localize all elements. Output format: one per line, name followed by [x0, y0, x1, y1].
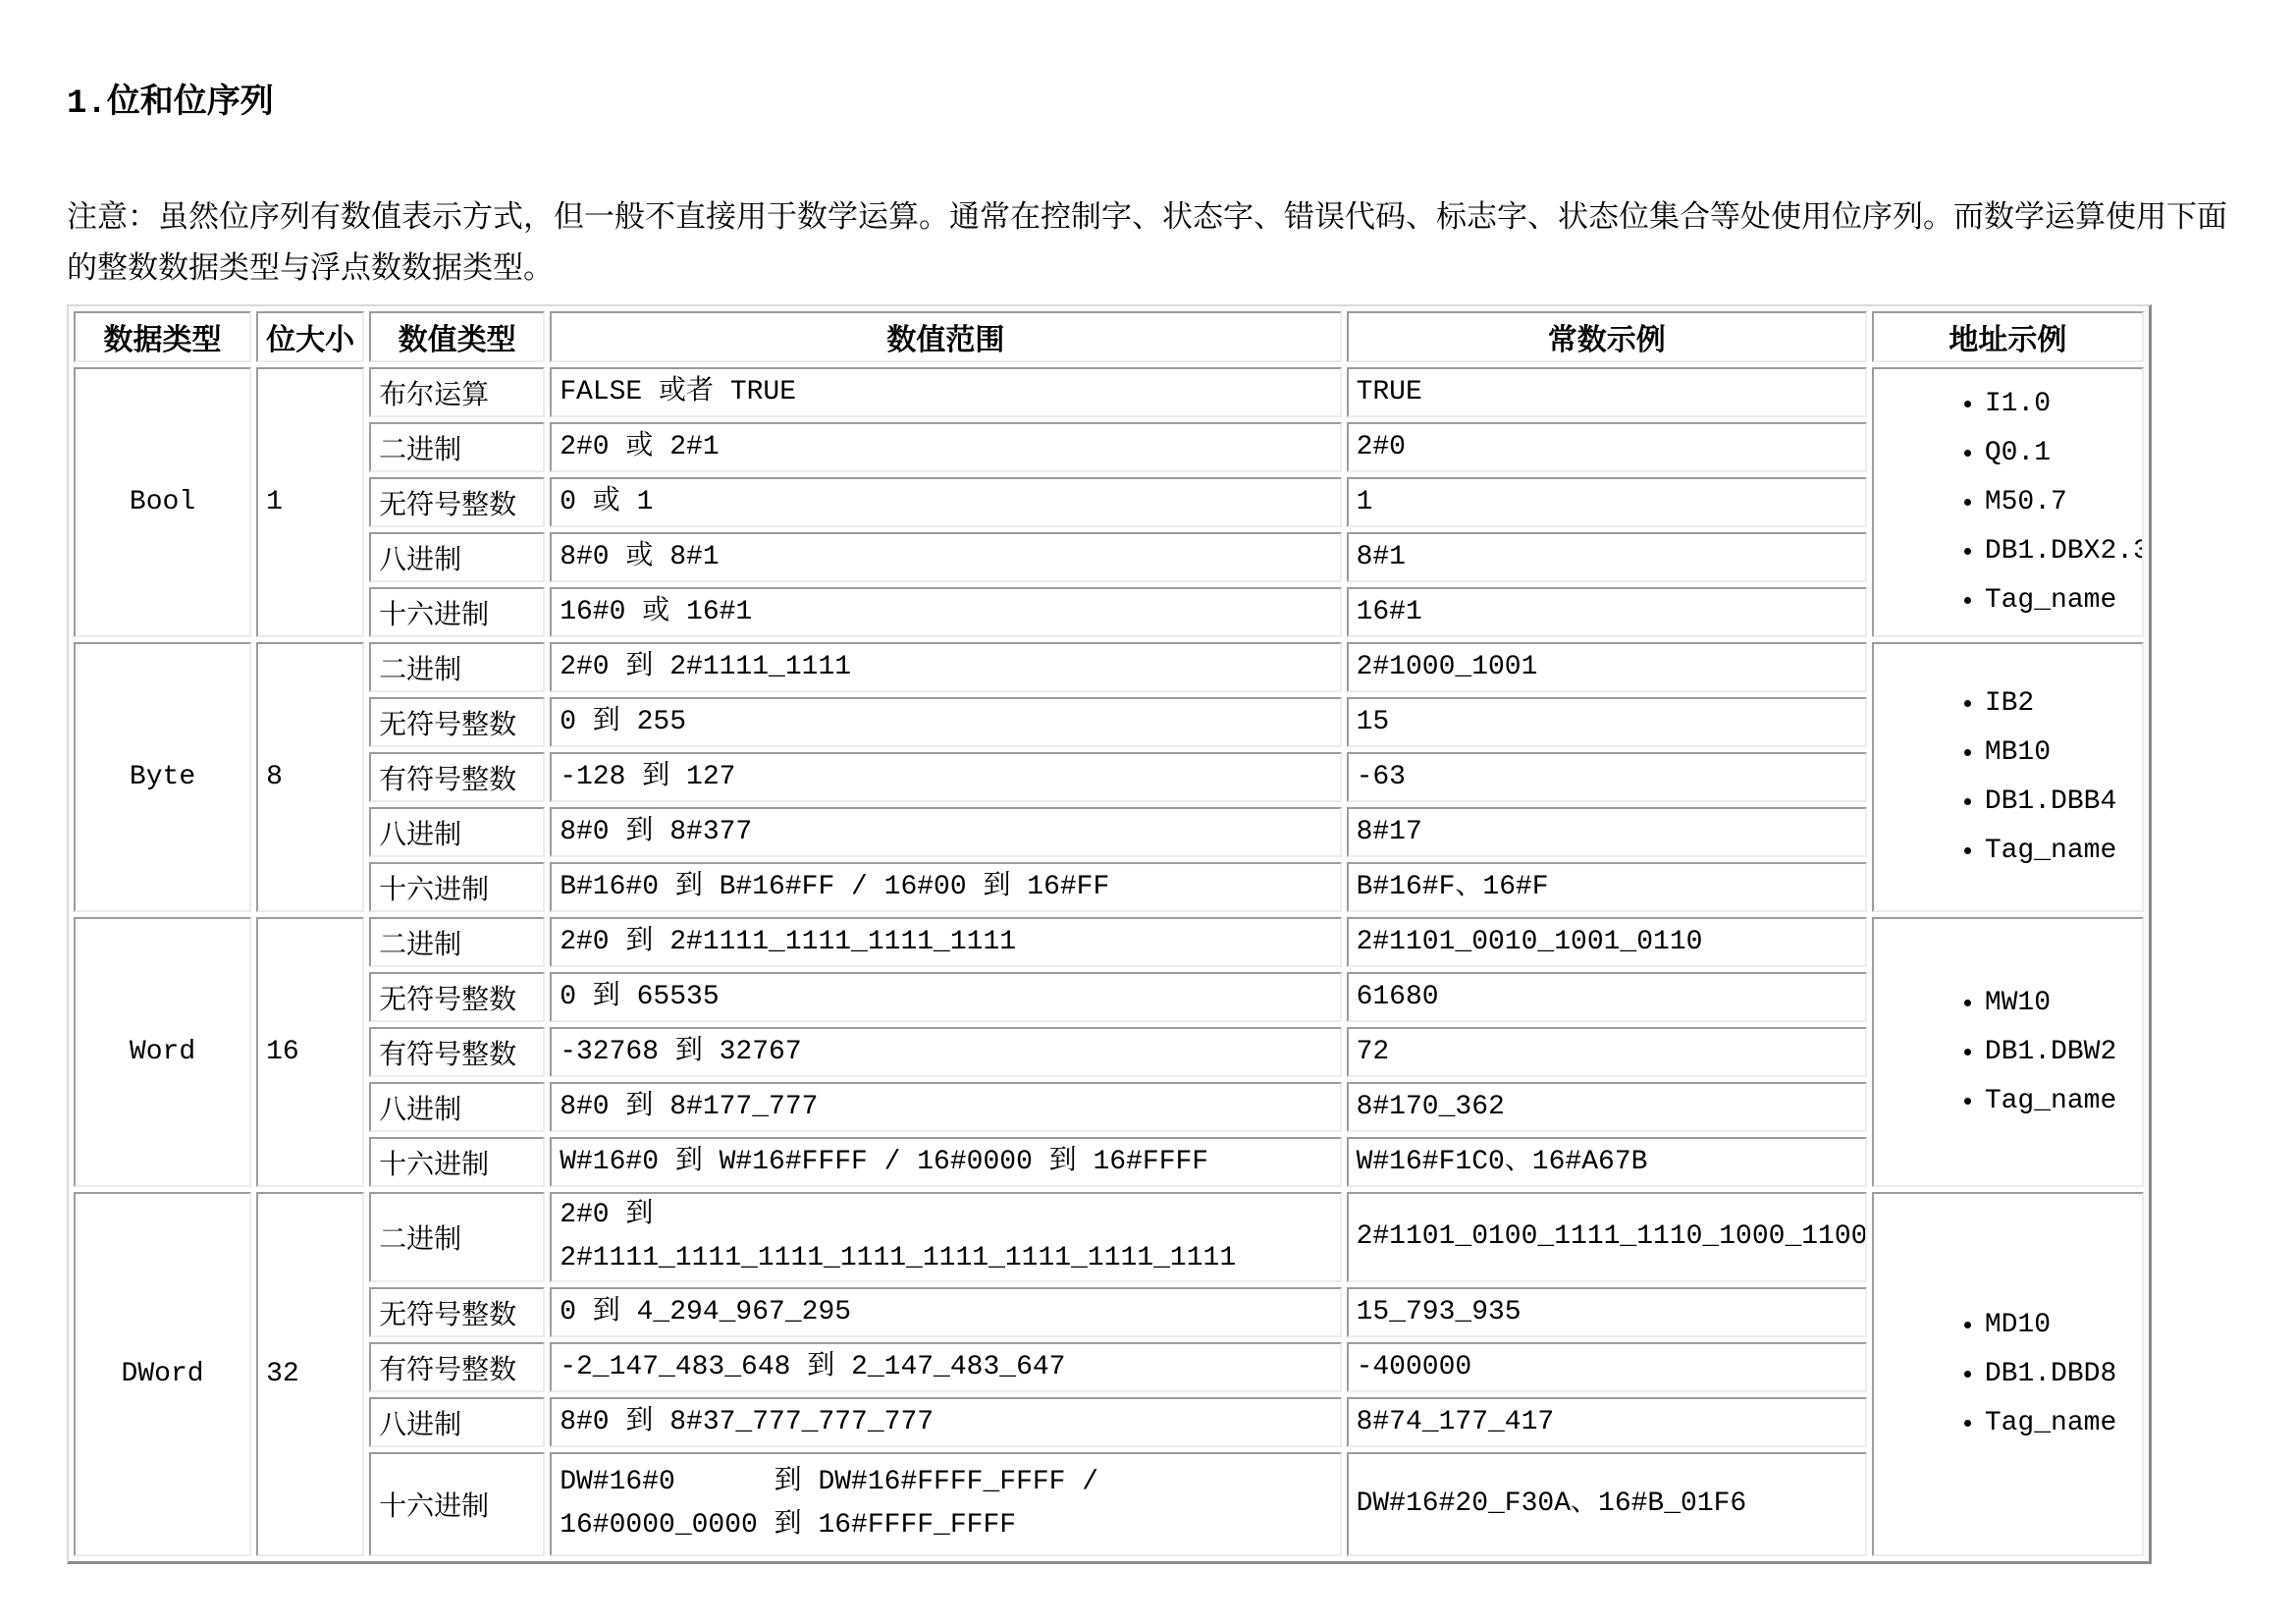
value-range-cell: DW#16#0 到 DW#16#FFFF_FFFF / 16#0000_0000…	[550, 1452, 1341, 1556]
table-row: 十六进制DW#16#0 到 DW#16#FFFF_FFFF / 16#0000_…	[74, 1452, 2144, 1556]
bit-size-cell: 16	[256, 917, 364, 1187]
table-row: 有符号整数-32768 到 3276772	[74, 1027, 2144, 1077]
table-row: 八进制8#0 到 8#37_777_777_7778#74_177_417	[74, 1397, 2144, 1447]
value-type-cell: 十六进制	[369, 1452, 545, 1556]
constant-example-cell: 72	[1347, 1027, 1867, 1077]
value-type-cell: 八进制	[369, 1397, 545, 1447]
table-row: DWord32二进制2#0 到 2#1111_1111_1111_1111_11…	[74, 1192, 2144, 1282]
address-item: Tag_name	[1985, 1077, 2134, 1126]
value-type-cell: 二进制	[369, 422, 545, 472]
constant-example-cell: 2#1101_0010_1001_0110	[1347, 917, 1867, 967]
table-row: Word16二进制2#0 到 2#1111_1111_1111_11112#11…	[74, 917, 2144, 967]
value-range-cell: 2#0 到 2#1111_1111_1111_1111_1111_1111_11…	[550, 1192, 1341, 1282]
address-item: MB10	[1985, 729, 2134, 778]
constant-example-cell: 15_793_935	[1347, 1287, 1867, 1337]
header-row: 数据类型 位大小 数值类型 数值范围 常数示例 地址示例	[74, 311, 2144, 362]
table-row: 有符号整数-128 到 127-63	[74, 752, 2144, 802]
address-list: IB2MB10DB1.DBB4Tag_name	[1882, 679, 2134, 876]
value-type-cell: 八进制	[369, 532, 545, 582]
table-row: Bool1布尔运算FALSE 或者 TRUETRUEI1.0Q0.1M50.7D…	[74, 367, 2144, 417]
value-type-cell: 十六进制	[369, 862, 545, 912]
constant-example-cell: -400000	[1347, 1342, 1867, 1392]
value-type-cell: 八进制	[369, 1082, 545, 1132]
value-range-cell: 16#0 或 16#1	[550, 587, 1341, 637]
section-title: 1.位和位序列	[67, 84, 2247, 124]
value-range-cell: -128 到 127	[550, 752, 1341, 802]
address-list: I1.0Q0.1M50.7DB1.DBX2.3Tag_name	[1882, 380, 2134, 625]
constant-example-cell: -63	[1347, 752, 1867, 802]
value-type-cell: 无符号整数	[369, 697, 545, 747]
table-row: 八进制8#0 到 8#177_7778#170_362	[74, 1082, 2144, 1132]
table-row: 无符号整数0 到 25515	[74, 697, 2144, 747]
value-type-cell: 无符号整数	[369, 1287, 545, 1337]
constant-example-cell: 16#1	[1347, 587, 1867, 637]
address-example-cell: I1.0Q0.1M50.7DB1.DBX2.3Tag_name	[1872, 367, 2144, 637]
table-body: Bool1布尔运算FALSE 或者 TRUETRUEI1.0Q0.1M50.7D…	[74, 367, 2144, 1556]
constant-example-cell: 1	[1347, 477, 1867, 527]
header-value-type: 数值类型	[369, 311, 545, 362]
address-example-cell: MD10DB1.DBD8Tag_name	[1872, 1192, 2144, 1556]
constant-example-cell: 2#1101_0100_1111_1110_1000_1100	[1347, 1192, 1867, 1282]
address-item: M50.7	[1985, 478, 2134, 527]
address-item: MD10	[1985, 1301, 2134, 1350]
table-row: 十六进制W#16#0 到 W#16#FFFF / 16#0000 到 16#FF…	[74, 1137, 2144, 1187]
header-address-example: 地址示例	[1872, 311, 2144, 362]
value-range-cell: 2#0 或 2#1	[550, 422, 1341, 472]
constant-example-cell: 8#17	[1347, 807, 1867, 857]
data-types-table: 数据类型 位大小 数值类型 数值范围 常数示例 地址示例 Bool1布尔运算FA…	[67, 304, 2152, 1564]
value-type-cell: 二进制	[369, 1192, 545, 1282]
constant-example-cell: 2#0	[1347, 422, 1867, 472]
value-range-cell: -32768 到 32767	[550, 1027, 1341, 1077]
note-paragraph: 注意：虽然位序列有数值表示方式，但一般不直接用于数学运算。通常在控制字、状态字、…	[67, 194, 2254, 297]
address-item: Q0.1	[1985, 429, 2134, 478]
value-range-cell: 0 到 4_294_967_295	[550, 1287, 1341, 1337]
constant-example-cell: DW#16#20_F30A、16#B_01F6	[1347, 1452, 1867, 1556]
constant-example-cell: W#16#F1C0、16#A67B	[1347, 1137, 1867, 1187]
value-range-cell: 8#0 到 8#377	[550, 807, 1341, 857]
value-range-cell: 8#0 或 8#1	[550, 532, 1341, 582]
header-value-range: 数值范围	[550, 311, 1341, 362]
table-row: 无符号整数0 到 6553561680	[74, 972, 2144, 1022]
data-type-cell: Byte	[74, 642, 251, 912]
address-item: Tag_name	[1985, 576, 2134, 625]
value-range-cell: 8#0 到 8#37_777_777_777	[550, 1397, 1341, 1447]
value-range-cell: B#16#0 到 B#16#FF / 16#00 到 16#FF	[550, 862, 1341, 912]
data-type-cell: Word	[74, 917, 251, 1187]
constant-example-cell: 61680	[1347, 972, 1867, 1022]
value-range-cell: 0 到 65535	[550, 972, 1341, 1022]
value-range-cell: 0 到 255	[550, 697, 1341, 747]
address-item: DB1.DBW2	[1985, 1028, 2134, 1077]
value-type-cell: 无符号整数	[369, 477, 545, 527]
value-range-cell: 2#0 到 2#1111_1111	[550, 642, 1341, 692]
constant-example-cell: TRUE	[1347, 367, 1867, 417]
address-example-cell: IB2MB10DB1.DBB4Tag_name	[1872, 642, 2144, 912]
value-type-cell: 二进制	[369, 642, 545, 692]
header-bit-size: 位大小	[256, 311, 364, 362]
value-type-cell: 十六进制	[369, 587, 545, 637]
data-type-cell: Bool	[74, 367, 251, 637]
value-range-cell: 2#0 到 2#1111_1111_1111_1111	[550, 917, 1341, 967]
table-row: Byte8二进制2#0 到 2#1111_11112#1000_1001IB2M…	[74, 642, 2144, 692]
address-item: Tag_name	[1985, 827, 2134, 876]
table-row: 八进制8#0 或 8#18#1	[74, 532, 2144, 582]
data-type-cell: DWord	[74, 1192, 251, 1556]
value-range-cell: 8#0 到 8#177_777	[550, 1082, 1341, 1132]
address-list: MD10DB1.DBD8Tag_name	[1882, 1301, 2134, 1448]
address-item: DB1.DBX2.3	[1985, 527, 2134, 576]
header-constant-example: 常数示例	[1347, 311, 1867, 362]
constant-example-cell: 8#74_177_417	[1347, 1397, 1867, 1447]
document-page: 1.位和位序列 注意：虽然位序列有数值表示方式，但一般不直接用于数学运算。通常在…	[0, 0, 2296, 1624]
address-item: DB1.DBB4	[1985, 778, 2134, 827]
table-row: 十六进制B#16#0 到 B#16#FF / 16#00 到 16#FFB#16…	[74, 862, 2144, 912]
value-type-cell: 布尔运算	[369, 367, 545, 417]
constant-example-cell: 15	[1347, 697, 1867, 747]
table-row: 有符号整数-2_147_483_648 到 2_147_483_647-4000…	[74, 1342, 2144, 1392]
value-type-cell: 有符号整数	[369, 752, 545, 802]
address-list: MW10DB1.DBW2Tag_name	[1882, 979, 2134, 1126]
bit-size-cell: 32	[256, 1192, 364, 1556]
table-row: 十六进制16#0 或 16#116#1	[74, 587, 2144, 637]
address-item: IB2	[1985, 679, 2134, 729]
constant-example-cell: 8#170_362	[1347, 1082, 1867, 1132]
constant-example-cell: B#16#F、16#F	[1347, 862, 1867, 912]
bit-size-cell: 1	[256, 367, 364, 637]
table-row: 二进制2#0 或 2#12#0	[74, 422, 2144, 472]
value-type-cell: 八进制	[369, 807, 545, 857]
header-data-type: 数据类型	[74, 311, 251, 362]
constant-example-cell: 2#1000_1001	[1347, 642, 1867, 692]
value-type-cell: 十六进制	[369, 1137, 545, 1187]
value-range-cell: 0 或 1	[550, 477, 1341, 527]
value-type-cell: 有符号整数	[369, 1027, 545, 1077]
constant-example-cell: 8#1	[1347, 532, 1867, 582]
address-item: MW10	[1985, 979, 2134, 1028]
bit-size-cell: 8	[256, 642, 364, 912]
table-row: 无符号整数0 或 11	[74, 477, 2144, 527]
value-type-cell: 无符号整数	[369, 972, 545, 1022]
address-item: I1.0	[1985, 380, 2134, 429]
value-range-cell: -2_147_483_648 到 2_147_483_647	[550, 1342, 1341, 1392]
value-range-cell: W#16#0 到 W#16#FFFF / 16#0000 到 16#FFFF	[550, 1137, 1341, 1187]
address-item: Tag_name	[1985, 1399, 2134, 1448]
table-row: 无符号整数0 到 4_294_967_29515_793_935	[74, 1287, 2144, 1337]
value-range-cell: FALSE 或者 TRUE	[550, 367, 1341, 417]
address-item: DB1.DBD8	[1985, 1350, 2134, 1399]
table-row: 八进制8#0 到 8#3778#17	[74, 807, 2144, 857]
address-example-cell: MW10DB1.DBW2Tag_name	[1872, 917, 2144, 1187]
value-type-cell: 二进制	[369, 917, 545, 967]
value-type-cell: 有符号整数	[369, 1342, 545, 1392]
